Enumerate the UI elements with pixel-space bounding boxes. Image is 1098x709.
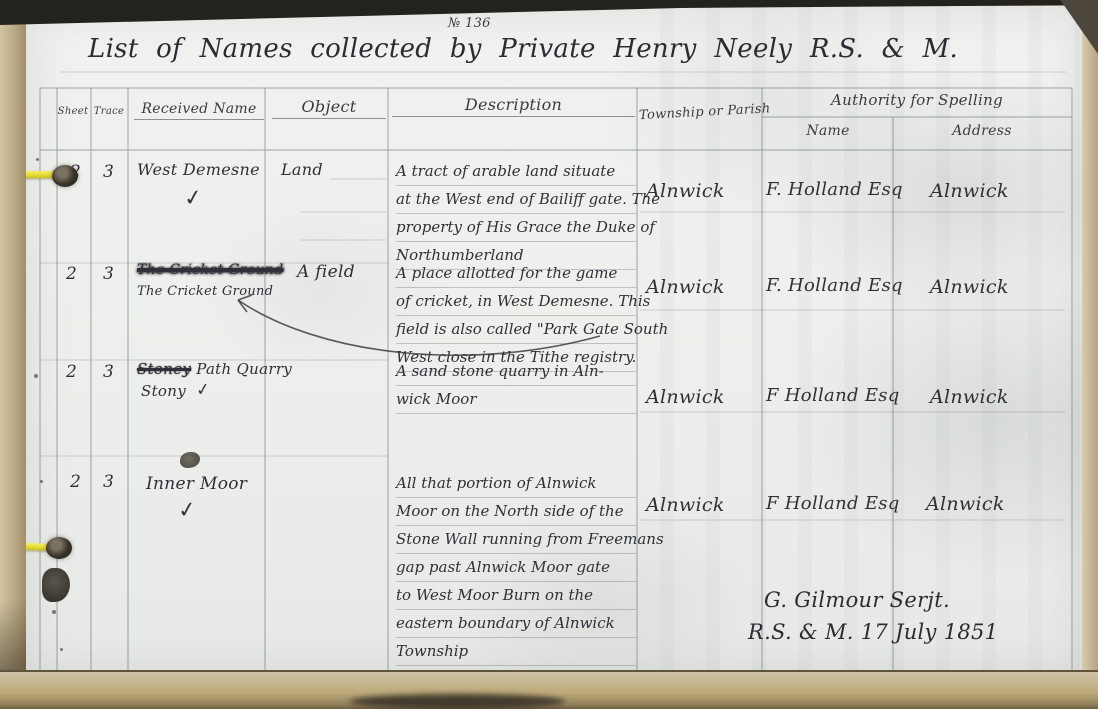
received-name-cell: Inner Moor <box>146 474 247 494</box>
paper-speck <box>52 610 56 614</box>
received-name-rest: Path Quarry <box>191 360 292 378</box>
signature-date: R.S. & M. 17 July 1851 <box>748 620 998 644</box>
description-line: wick Moor <box>396 386 636 414</box>
authority-address-cell: Alnwick <box>930 386 1009 408</box>
received-name-correction: Stony <box>141 382 186 400</box>
description-cell: All that portion of Alnwick Moor on the … <box>396 470 636 666</box>
trace-cell: 3 <box>103 362 114 382</box>
received-name-cell: Stoney Path Quarry <box>137 360 292 378</box>
authority-address-cell: Alnwick <box>926 493 1005 515</box>
description-line: All that portion of Alnwick <box>396 470 636 498</box>
description-line: Stone Wall running from Freemans <box>396 526 636 554</box>
scanned-name-book-page: № 136 List of Names collected by Private… <box>0 0 1098 709</box>
signature-name: G. Gilmour Serjt. <box>764 588 950 612</box>
authority-name-cell: F Holland Esq <box>766 385 900 406</box>
description-line: gap past Alnwick Moor gate <box>396 554 636 582</box>
checkmark-icon: ✓ <box>176 497 198 524</box>
paper-speck <box>34 374 38 378</box>
trace-cell: 3 <box>103 472 114 492</box>
paper-speck <box>60 648 63 651</box>
binding-hole <box>46 537 72 559</box>
township-cell: Alnwick <box>646 494 725 516</box>
paper-speck <box>36 158 39 161</box>
received-name-struck: Stoney <box>137 360 191 378</box>
authority-name-cell: F Holland Esq <box>766 493 900 514</box>
description-line: to West Moor Burn on the <box>396 582 636 610</box>
sheet-cell: 2 <box>70 472 81 492</box>
township-cell: Alnwick <box>646 386 725 408</box>
description-line: Township <box>396 638 636 666</box>
paper-speck <box>40 480 43 483</box>
book-edge-right <box>1082 0 1098 709</box>
sheet-cell: 2 <box>66 362 77 382</box>
binding-hole <box>52 165 78 187</box>
description-line: Moor on the North side of the <box>396 498 636 526</box>
description-line: A sand stone quarry in Aln- <box>396 358 636 386</box>
book-edge-shadow-blob <box>350 694 565 709</box>
description-cell: A sand stone quarry in Aln- wick Moor <box>396 358 636 414</box>
description-line: eastern boundary of Alnwick <box>396 610 636 638</box>
checkmark-icon: ✓ <box>195 379 212 401</box>
